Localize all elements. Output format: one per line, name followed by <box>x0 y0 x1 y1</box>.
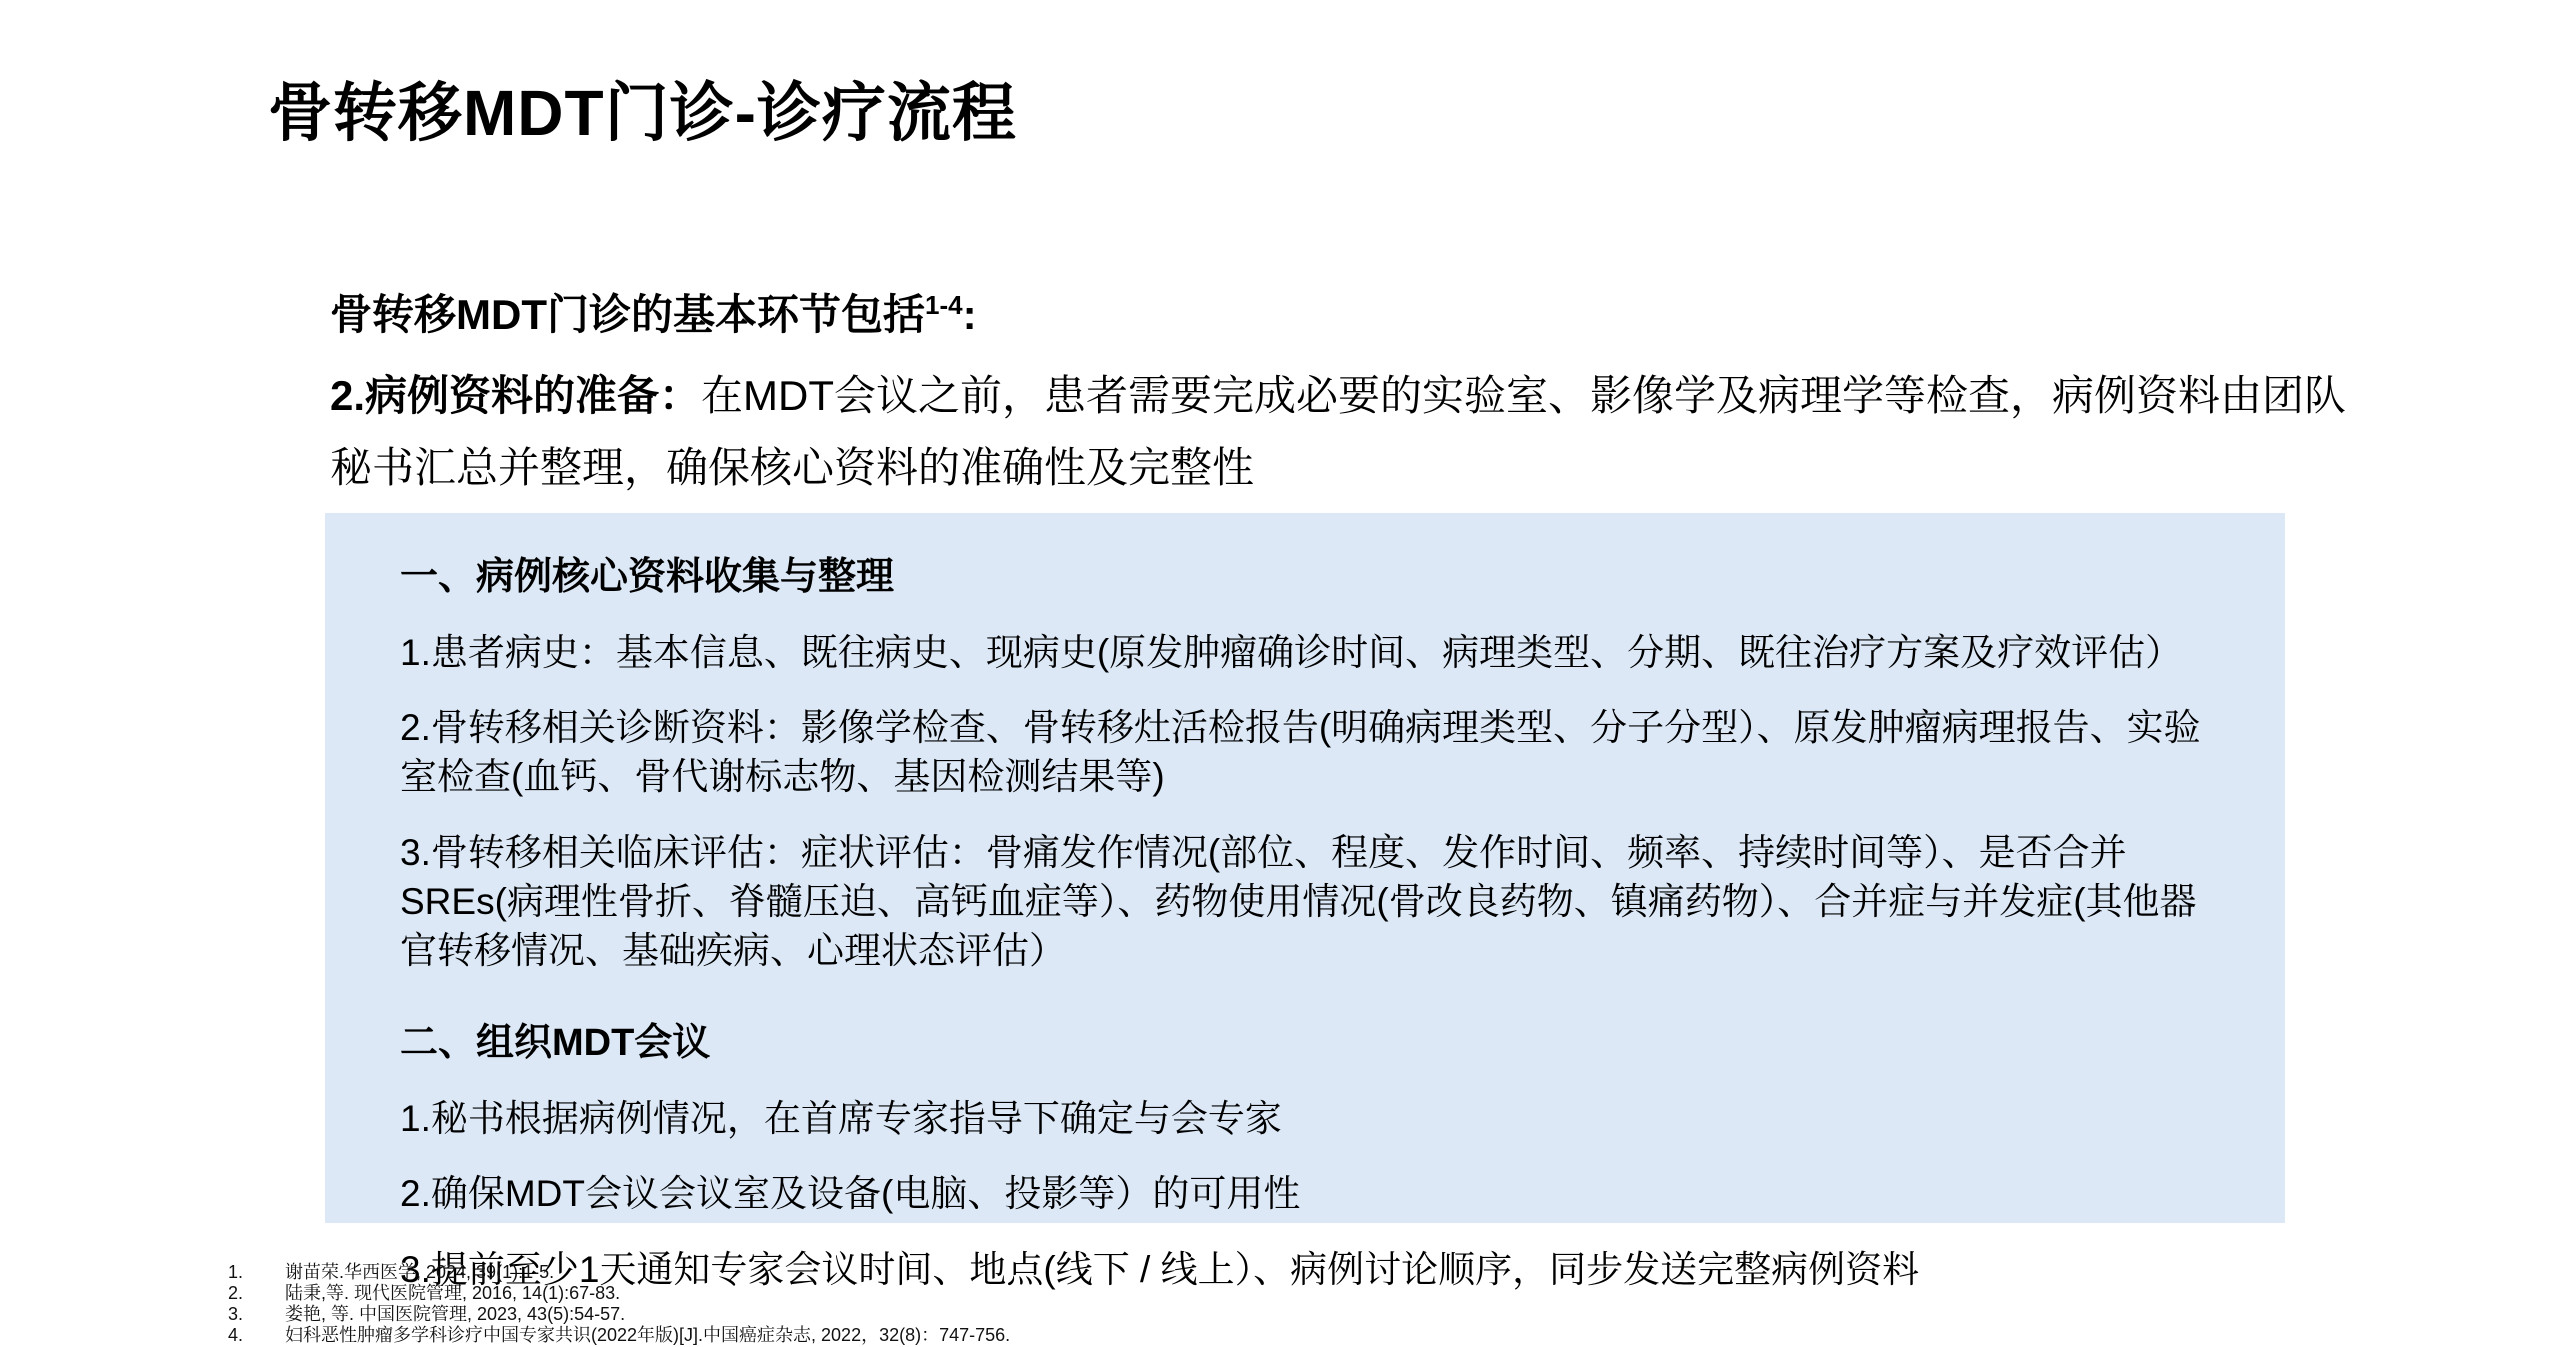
panel-section-1-item-1: 1.患者病史：基本信息、既往病史、现病史(原发肿瘤确诊时间、病理类型、分期、既往… <box>400 628 2225 677</box>
page-title: 骨转移MDT门诊-诊疗流程 <box>268 62 1017 154</box>
footnote-4-number: 4. <box>228 1325 285 1346</box>
footnote-3: 3. 娄艳, 等. 中国医院管理, 2023, 43(5):54-57. <box>228 1304 1528 1325</box>
panel-section-1-item-3: 3.骨转移相关临床评估：症状评估：骨痛发作情况(部位、程度、发作时间、频率、持续… <box>400 828 2225 976</box>
intro-paragraph: 2.病例资料的准备：在MDT会议之前，患者需要完成必要的实验室、影像学及病理学等… <box>330 360 2350 504</box>
footnote-2: 2. 陆秉,等. 现代医院管理, 2016, 14(1):67-83. <box>228 1283 1528 1304</box>
footnote-2-number: 2. <box>228 1283 285 1304</box>
footnote-2-text: 陆秉,等. 现代医院管理, 2016, 14(1):67-83. <box>285 1283 1528 1304</box>
footnotes: 1. 谢苗荣.华西医学, 2024, 39(1):1-5. 2. 陆秉,等. 现… <box>228 1262 1528 1346</box>
panel-section-1-heading: 一、病例核心资料收集与整理 <box>400 545 2225 600</box>
panel-section-2-item-1: 1.秘书根据病例情况，在首席专家指导下确定与会专家 <box>400 1094 2225 1143</box>
intro-lead: 2.病例资料的准备： <box>330 372 701 419</box>
footnote-4: 4. 妇科恶性肿瘤多学科诊疗中国专家共识(2022年版)[J].中国癌症杂志, … <box>228 1325 1528 1346</box>
section-subtitle: 骨转移MDT门诊的基本环节包括1-4: <box>330 282 977 342</box>
footnote-1-text: 谢苗荣.华西医学, 2024, 39(1):1-5. <box>285 1262 1528 1283</box>
panel-section-1-item-2: 2.骨转移相关诊断资料：影像学检查、骨转移灶活检报告(明确病理类型、分子分型）、… <box>400 703 2225 801</box>
panel-section-2: 二、组织MDT会议 1.秘书根据病例情况，在首席专家指导下确定与会专家 2.确保… <box>400 1011 2225 1294</box>
footnote-1: 1. 谢苗荣.华西医学, 2024, 39(1):1-5. <box>228 1262 1528 1283</box>
panel-section-2-item-2: 2.确保MDT会议会议室及设备(电脑、投影等）的可用性 <box>400 1169 2225 1218</box>
footnote-3-text: 娄艳, 等. 中国医院管理, 2023, 43(5):54-57. <box>285 1304 1528 1325</box>
subtitle-reference-superscript: 1-4 <box>925 290 963 320</box>
panel-section-2-heading: 二、组织MDT会议 <box>400 1011 2225 1066</box>
footnote-1-number: 1. <box>228 1262 285 1283</box>
content-panel: 一、病例核心资料收集与整理 1.患者病史：基本信息、既往病史、现病史(原发肿瘤确… <box>325 513 2285 1223</box>
slide: 骨转移MDT门诊-诊疗流程 骨转移MDT门诊的基本环节包括1-4: 2.病例资料… <box>0 0 2560 1347</box>
subtitle-colon: : <box>963 291 977 338</box>
panel-section-1: 一、病例核心资料收集与整理 1.患者病史：基本信息、既往病史、现病史(原发肿瘤确… <box>400 545 2225 975</box>
subtitle-text: 骨转移MDT门诊的基本环节包括 <box>330 291 925 338</box>
footnote-4-text: 妇科恶性肿瘤多学科诊疗中国专家共识(2022年版)[J].中国癌症杂志, 202… <box>285 1325 1528 1346</box>
footnote-3-number: 3. <box>228 1304 285 1325</box>
